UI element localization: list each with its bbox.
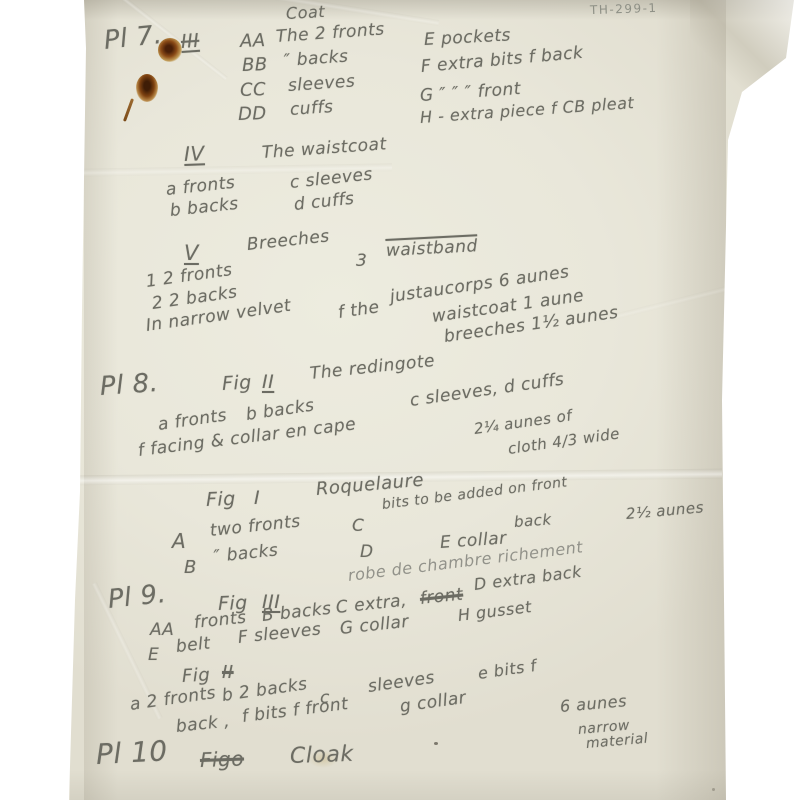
plate-7-coat-piece-dd-label: cuffs [289, 97, 334, 120]
plate-7-coat-piece-aa-label: The 2 fronts [275, 19, 385, 47]
figure-1-roquelaure-piece-b-label: ″ backs [213, 540, 279, 567]
plate-7-coat-piece-e: E pockets [423, 25, 511, 50]
archive-number: TH-299-1 [590, 1, 658, 17]
figure-1-roquelaure-back-word: back [513, 510, 552, 531]
figure-1-roquelaure-piece-c: C [352, 516, 364, 536]
figure-5-breeches-breeches-title: Breeches [246, 226, 331, 255]
plate-7-coat-piece-aa: AA [240, 30, 266, 52]
figure-2-cloak-pieces-yardage-1: 6 aunes [559, 691, 627, 716]
paper-speck [712, 788, 715, 791]
figure-2-cloak-pieces-line-a: a 2 fronts [129, 683, 218, 715]
rust-stain [136, 74, 158, 102]
paper-edge-shadow-bottom [70, 770, 726, 800]
figure-2-cloak-pieces-figure-2-numeral-struck: II [222, 662, 234, 683]
figure-5-breeches-item-3: 3 [356, 251, 367, 271]
plate-9-robe-de-chambre-piece-f-label: F sleeves [237, 619, 322, 648]
paper-speck [434, 742, 438, 745]
page-header-coat-label: Coat [286, 2, 326, 23]
plate-8-redingote-figure-2-numeral: II [262, 371, 274, 393]
figure-5-breeches-velvet-note-2: f the [337, 297, 381, 323]
plate-9-robe-de-chambre-piece-e-label: belt [175, 633, 212, 657]
figure-5-breeches-figure-5-numeral: V [184, 241, 199, 265]
plate-7-coat-piece-bb-label: ″ backs [283, 47, 349, 71]
figure-1-roquelaure-yardage: 2½ aunes [625, 498, 704, 523]
corner-fold [690, 0, 800, 130]
figure-1-roquelaure-piece-a: A [172, 529, 186, 553]
figure-2-cloak-pieces-piece-e-label: e bits f [477, 656, 538, 683]
figure-4-waistcoat-piece-c: c sleeves [289, 164, 374, 193]
paper-edge-shadow-top [84, 0, 800, 20]
figure-1-roquelaure-piece-d: D [360, 542, 374, 562]
plate-7-coat-piece-bb: BB [242, 54, 268, 76]
plate-9-robe-de-chambre-piece-e: E [148, 645, 159, 665]
scanned-page: TH-299-1 CoatPl 7.IIIAAThe 2 frontsBB″ b… [0, 0, 800, 800]
figure-2-cloak-pieces-line-back: back , [175, 711, 231, 737]
figure-4-waistcoat-piece-d: d cuffs [293, 189, 355, 215]
figure-5-breeches-item-3-label: waistband [385, 236, 478, 261]
plate-7-coat-piece-cc-label: sleeves [287, 71, 356, 96]
crease-line [601, 283, 738, 323]
figure-1-roquelaure-figure-1-label: Fig [206, 488, 237, 511]
plate-9-robe-de-chambre-plate-9-heading: Pl 9. [106, 579, 167, 615]
plate-8-redingote-redingote-title: The redingote [309, 351, 436, 384]
figure-4-waistcoat-waistcoat-title: The waistcoat [261, 134, 387, 163]
figure-1-roquelaure-figure-1-numeral: I [254, 487, 260, 509]
plate-10-cloak-plate-10-heading: Pl 10 [95, 734, 168, 771]
plate-7-coat-plate-7-heading: Pl 7. [102, 20, 163, 56]
plate-8-redingote-figure-2-label: Fig [221, 371, 252, 395]
figure-1-roquelaure-piece-b: B [184, 557, 197, 578]
figure-2-cloak-pieces-piece-g-label: g collar [399, 688, 468, 717]
plate-8-redingote-piece-c-d: c sleeves, d cuffs [409, 369, 566, 410]
plate-8-redingote-plate-8-heading: Pl 8. [99, 368, 159, 402]
paper-sheet: TH-299-1 CoatPl 7.IIIAAThe 2 frontsBB″ b… [0, 0, 800, 800]
plate-7-coat-figure-3-numeral: III [180, 30, 200, 53]
plate-7-coat-piece-cc: CC [240, 79, 267, 101]
plate-7-coat-piece-dd: DD [238, 103, 267, 125]
plate-10-cloak-struck-word: Figo [200, 746, 245, 772]
figure-4-waistcoat-figure-4-numeral: IV [184, 141, 205, 166]
pin-scratch [123, 98, 134, 122]
plate-9-robe-de-chambre-piece-aa: AA [150, 620, 174, 640]
plate-9-robe-de-chambre-piece-h-label: H gusset [457, 597, 533, 625]
paper-edge-shadow-right [656, 0, 726, 800]
figure-1-roquelaure-piece-a-label: two fronts [209, 512, 302, 541]
plate-10-cloak-cloak-title: Cloak [290, 742, 354, 769]
